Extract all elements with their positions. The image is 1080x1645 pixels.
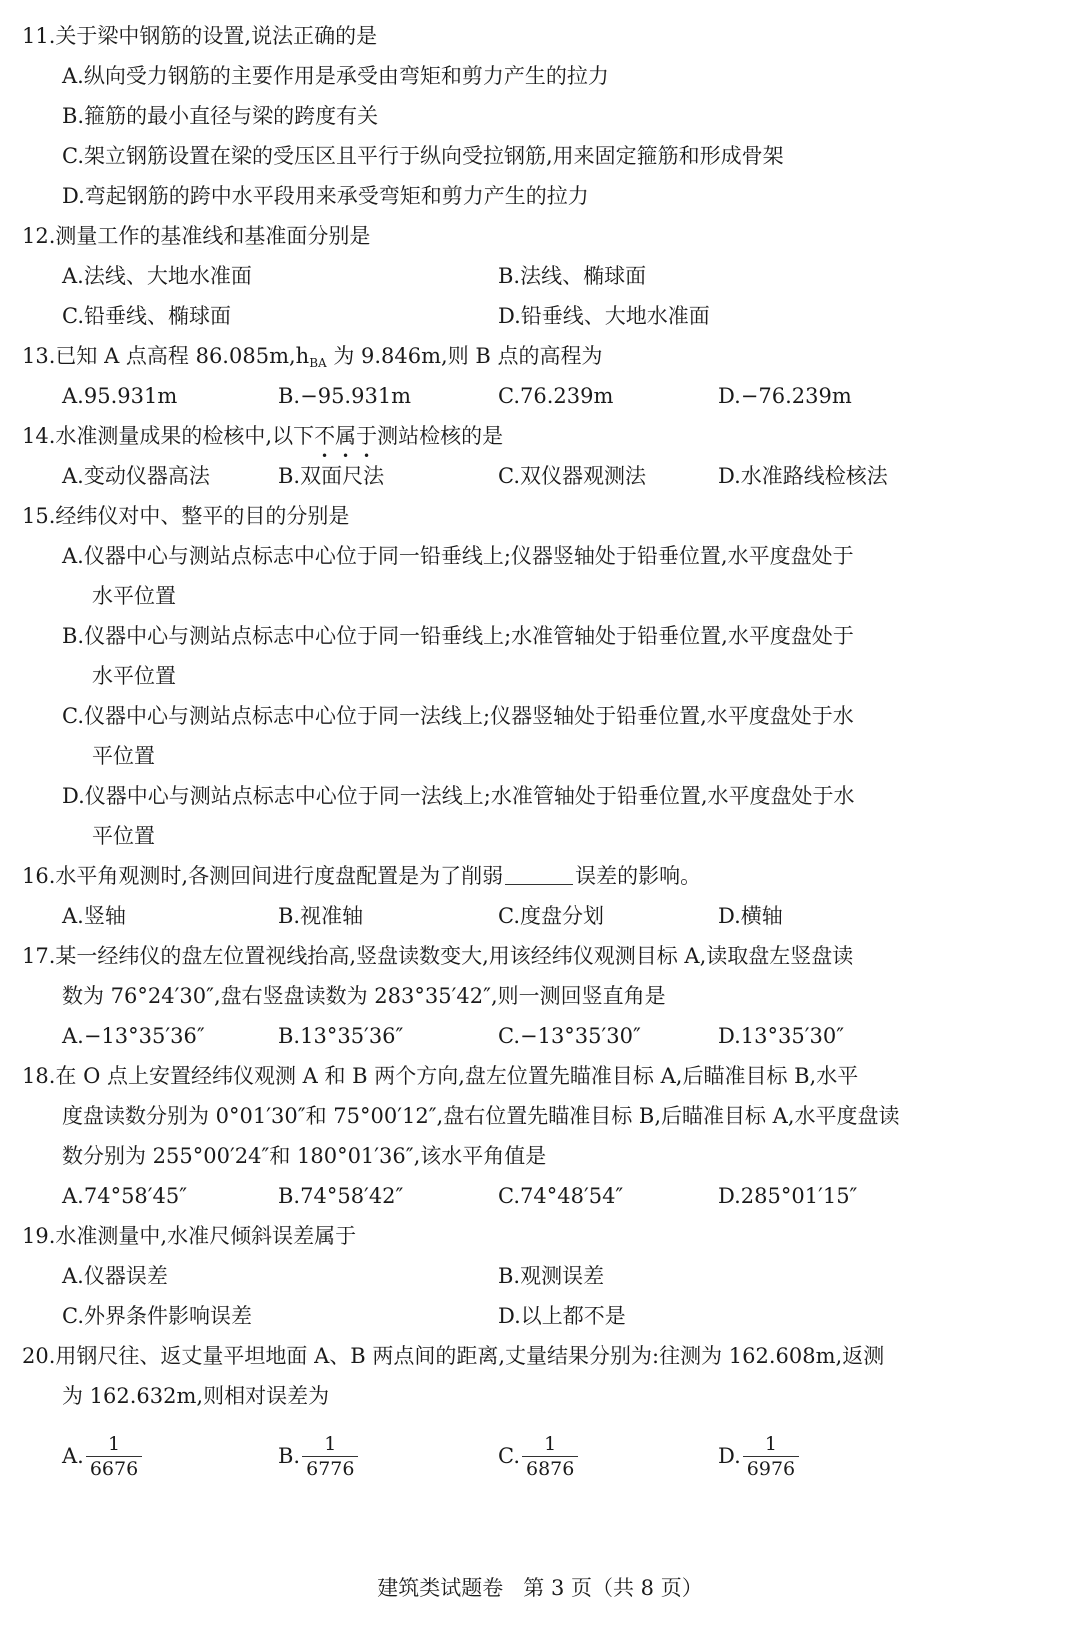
question-17-option-c: C.−13°35′30″ [498, 1022, 641, 1050]
option-label: D. [718, 1444, 741, 1468]
footer-page-info: 第 3 页（共 8 页） [523, 1576, 702, 1600]
question-19-stem: 19.水准测量中,水准尺倾斜误差属于 [22, 1222, 356, 1250]
question-15-option-c-cont: 平位置 [92, 742, 155, 770]
question-17-stem-cont: 数为 76°24′30″,盘右竖盘读数为 283°35′42″,则一测回竖直角是 [62, 982, 666, 1010]
question-11-stem: 11.关于梁中钢筋的设置,说法正确的是 [22, 22, 377, 50]
question-12-option-b: B.法线、椭球面 [498, 262, 646, 290]
question-12-option-c: C.铅垂线、椭球面 [62, 302, 231, 330]
question-18-stem: 18.在 O 点上安置经纬仪观测 A 和 B 两个方向,盘左位置先瞄准目标 A,… [22, 1062, 858, 1090]
question-20-option-d: D. 1 6976 [718, 1428, 799, 1484]
question-14-option-c: C.双仪器观测法 [498, 462, 646, 490]
question-15-option-a: A.仪器中心与测站点标志中心位于同一铅垂线上;仪器竖轴处于铅垂位置,水平度盘处于 [62, 542, 854, 570]
answer-blank [505, 864, 573, 885]
stem-text: 测站检核的是 [377, 424, 503, 448]
question-18-stem-cont-1: 度盘读数分别为 0°01′30″和 75°00′12″,盘右位置先瞄准目标 B,… [62, 1102, 900, 1130]
subscript-ba: BA [309, 356, 326, 370]
question-11-option-b: B.箍筋的最小直径与梁的跨度有关 [62, 102, 378, 130]
question-16-stem: 16.水平角观测时,各测回间进行度盘配置是为了削弱误差的影响。 [22, 862, 701, 890]
stem-text: 为 9.846m,则 B 点的高程为 [327, 344, 603, 368]
question-14-option-d: D.水准路线检核法 [718, 462, 888, 490]
question-19-option-c: C.外界条件影响误差 [62, 1302, 252, 1330]
fraction-numerator: 1 [320, 1432, 340, 1456]
fraction-numerator: 1 [104, 1432, 124, 1456]
question-20-option-b: B. 1 6776 [278, 1428, 358, 1484]
question-13-option-d: D.−76.239m [718, 382, 852, 410]
question-18-option-c: C.74°48′54″ [498, 1182, 623, 1210]
question-11-option-c: C.架立钢筋设置在梁的受压区且平行于纵向受拉钢筋,用来固定箍筋和形成骨架 [62, 142, 784, 170]
question-14-stem: 14.水准测量成果的检核中,以下不属于测站检核的是 [22, 422, 503, 450]
question-15-option-a-cont: 水平位置 [92, 582, 176, 610]
question-19-option-a: A.仪器误差 [62, 1262, 168, 1290]
question-17-option-b: B.13°35′36″ [278, 1022, 403, 1050]
question-15-option-c: C.仪器中心与测站点标志中心位于同一法线上;仪器竖轴处于铅垂位置,水平度盘处于水 [62, 702, 854, 730]
question-16-option-a: A.竖轴 [62, 902, 126, 930]
question-19-option-b: B.观测误差 [498, 1262, 604, 1290]
question-14-option-b: B.双面尺法 [278, 462, 384, 490]
fraction-denominator: 6776 [302, 1456, 358, 1481]
question-16-option-b: B.视准轴 [278, 902, 363, 930]
question-18-option-b: B.74°58′42″ [278, 1182, 403, 1210]
emphasis-char: 属 [335, 424, 356, 448]
question-15-option-d-cont: 平位置 [92, 822, 155, 850]
question-15-option-d: D.仪器中心与测站点标志中心位于同一法线上;水准管轴处于铅垂位置,水平度盘处于水 [62, 782, 855, 810]
option-label: A. [62, 1444, 84, 1468]
question-15-option-b: B.仪器中心与测站点标志中心位于同一铅垂线上;水准管轴处于铅垂位置,水平度盘处于 [62, 622, 854, 650]
question-20-stem-cont: 为 162.632m,则相对误差为 [62, 1382, 329, 1410]
question-18-option-a: A.74°58′45″ [62, 1182, 187, 1210]
option-label: B. [278, 1444, 300, 1468]
question-20-option-c: C. 1 6876 [498, 1428, 578, 1484]
emphasis-char: 于 [356, 424, 377, 448]
question-13-option-a: A.95.931m [62, 382, 177, 410]
question-17-stem: 17.某一经纬仪的盘左位置视线抬高,竖盘读数变大,用该经纬仪观测目标 A,读取盘… [22, 942, 853, 970]
question-20-stem: 20.用钢尺往、返丈量平坦地面 A、B 两点间的距离,丈量结果分别为:往测为 1… [22, 1342, 884, 1370]
fraction-numerator: 1 [761, 1432, 781, 1456]
stem-text: 14.水准测量成果的检核中,以下 [22, 424, 314, 448]
question-12-stem: 12.测量工作的基准线和基准面分别是 [22, 222, 370, 250]
emphasis-char: 不 [314, 424, 335, 448]
fraction-denominator: 6676 [86, 1456, 142, 1481]
question-12-option-d: D.铅垂线、大地水准面 [498, 302, 710, 330]
question-13-stem: 13.已知 A 点高程 86.085m,hBA 为 9.846m,则 B 点的高… [22, 342, 603, 370]
question-17-option-a: A.−13°35′36″ [62, 1022, 205, 1050]
question-17-option-d: D.13°35′30″ [718, 1022, 844, 1050]
question-18-stem-cont-2: 数分别为 255°00′24″和 180°01′36″,该水平角值是 [62, 1142, 546, 1170]
fraction-numerator: 1 [540, 1432, 560, 1456]
stem-text: 误差的影响。 [575, 864, 701, 888]
option-label: C. [498, 1444, 520, 1468]
fraction-denominator: 6876 [522, 1456, 578, 1481]
question-19-option-d: D.以上都不是 [498, 1302, 626, 1330]
fraction-denominator: 6976 [743, 1456, 799, 1481]
question-12-option-a: A.法线、大地水准面 [62, 262, 252, 290]
question-15-stem: 15.经纬仪对中、整平的目的分别是 [22, 502, 349, 530]
stem-text: 13.已知 A 点高程 86.085m,h [22, 344, 309, 368]
footer-title: 建筑类试题卷 [377, 1576, 503, 1600]
question-11-option-a: A.纵向受力钢筋的主要作用是承受由弯矩和剪力产生的拉力 [62, 62, 609, 90]
stem-text: 16.水平角观测时,各测回间进行度盘配置是为了削弱 [22, 864, 503, 888]
fraction: 1 6776 [302, 1432, 358, 1481]
fraction: 1 6976 [743, 1432, 799, 1481]
fraction: 1 6676 [86, 1432, 142, 1481]
question-15-option-b-cont: 水平位置 [92, 662, 176, 690]
fraction: 1 6876 [522, 1432, 578, 1481]
question-16-option-c: C.度盘分划 [498, 902, 604, 930]
exam-page: 11.关于梁中钢筋的设置,说法正确的是 A.纵向受力钢筋的主要作用是承受由弯矩和… [0, 0, 1080, 1645]
question-13-option-b: B.−95.931m [278, 382, 411, 410]
question-13-option-c: C.76.239m [498, 382, 613, 410]
question-18-option-d: D.285°01′15″ [718, 1182, 857, 1210]
question-16-option-d: D.横轴 [718, 902, 783, 930]
question-20-option-a: A. 1 6676 [62, 1428, 142, 1484]
question-14-option-a: A.变动仪器高法 [62, 462, 210, 490]
page-footer: 建筑类试题卷 第 3 页（共 8 页） [0, 1572, 1080, 1602]
question-11-option-d: D.弯起钢筋的跨中水平段用来承受弯矩和剪力产生的拉力 [62, 182, 589, 210]
